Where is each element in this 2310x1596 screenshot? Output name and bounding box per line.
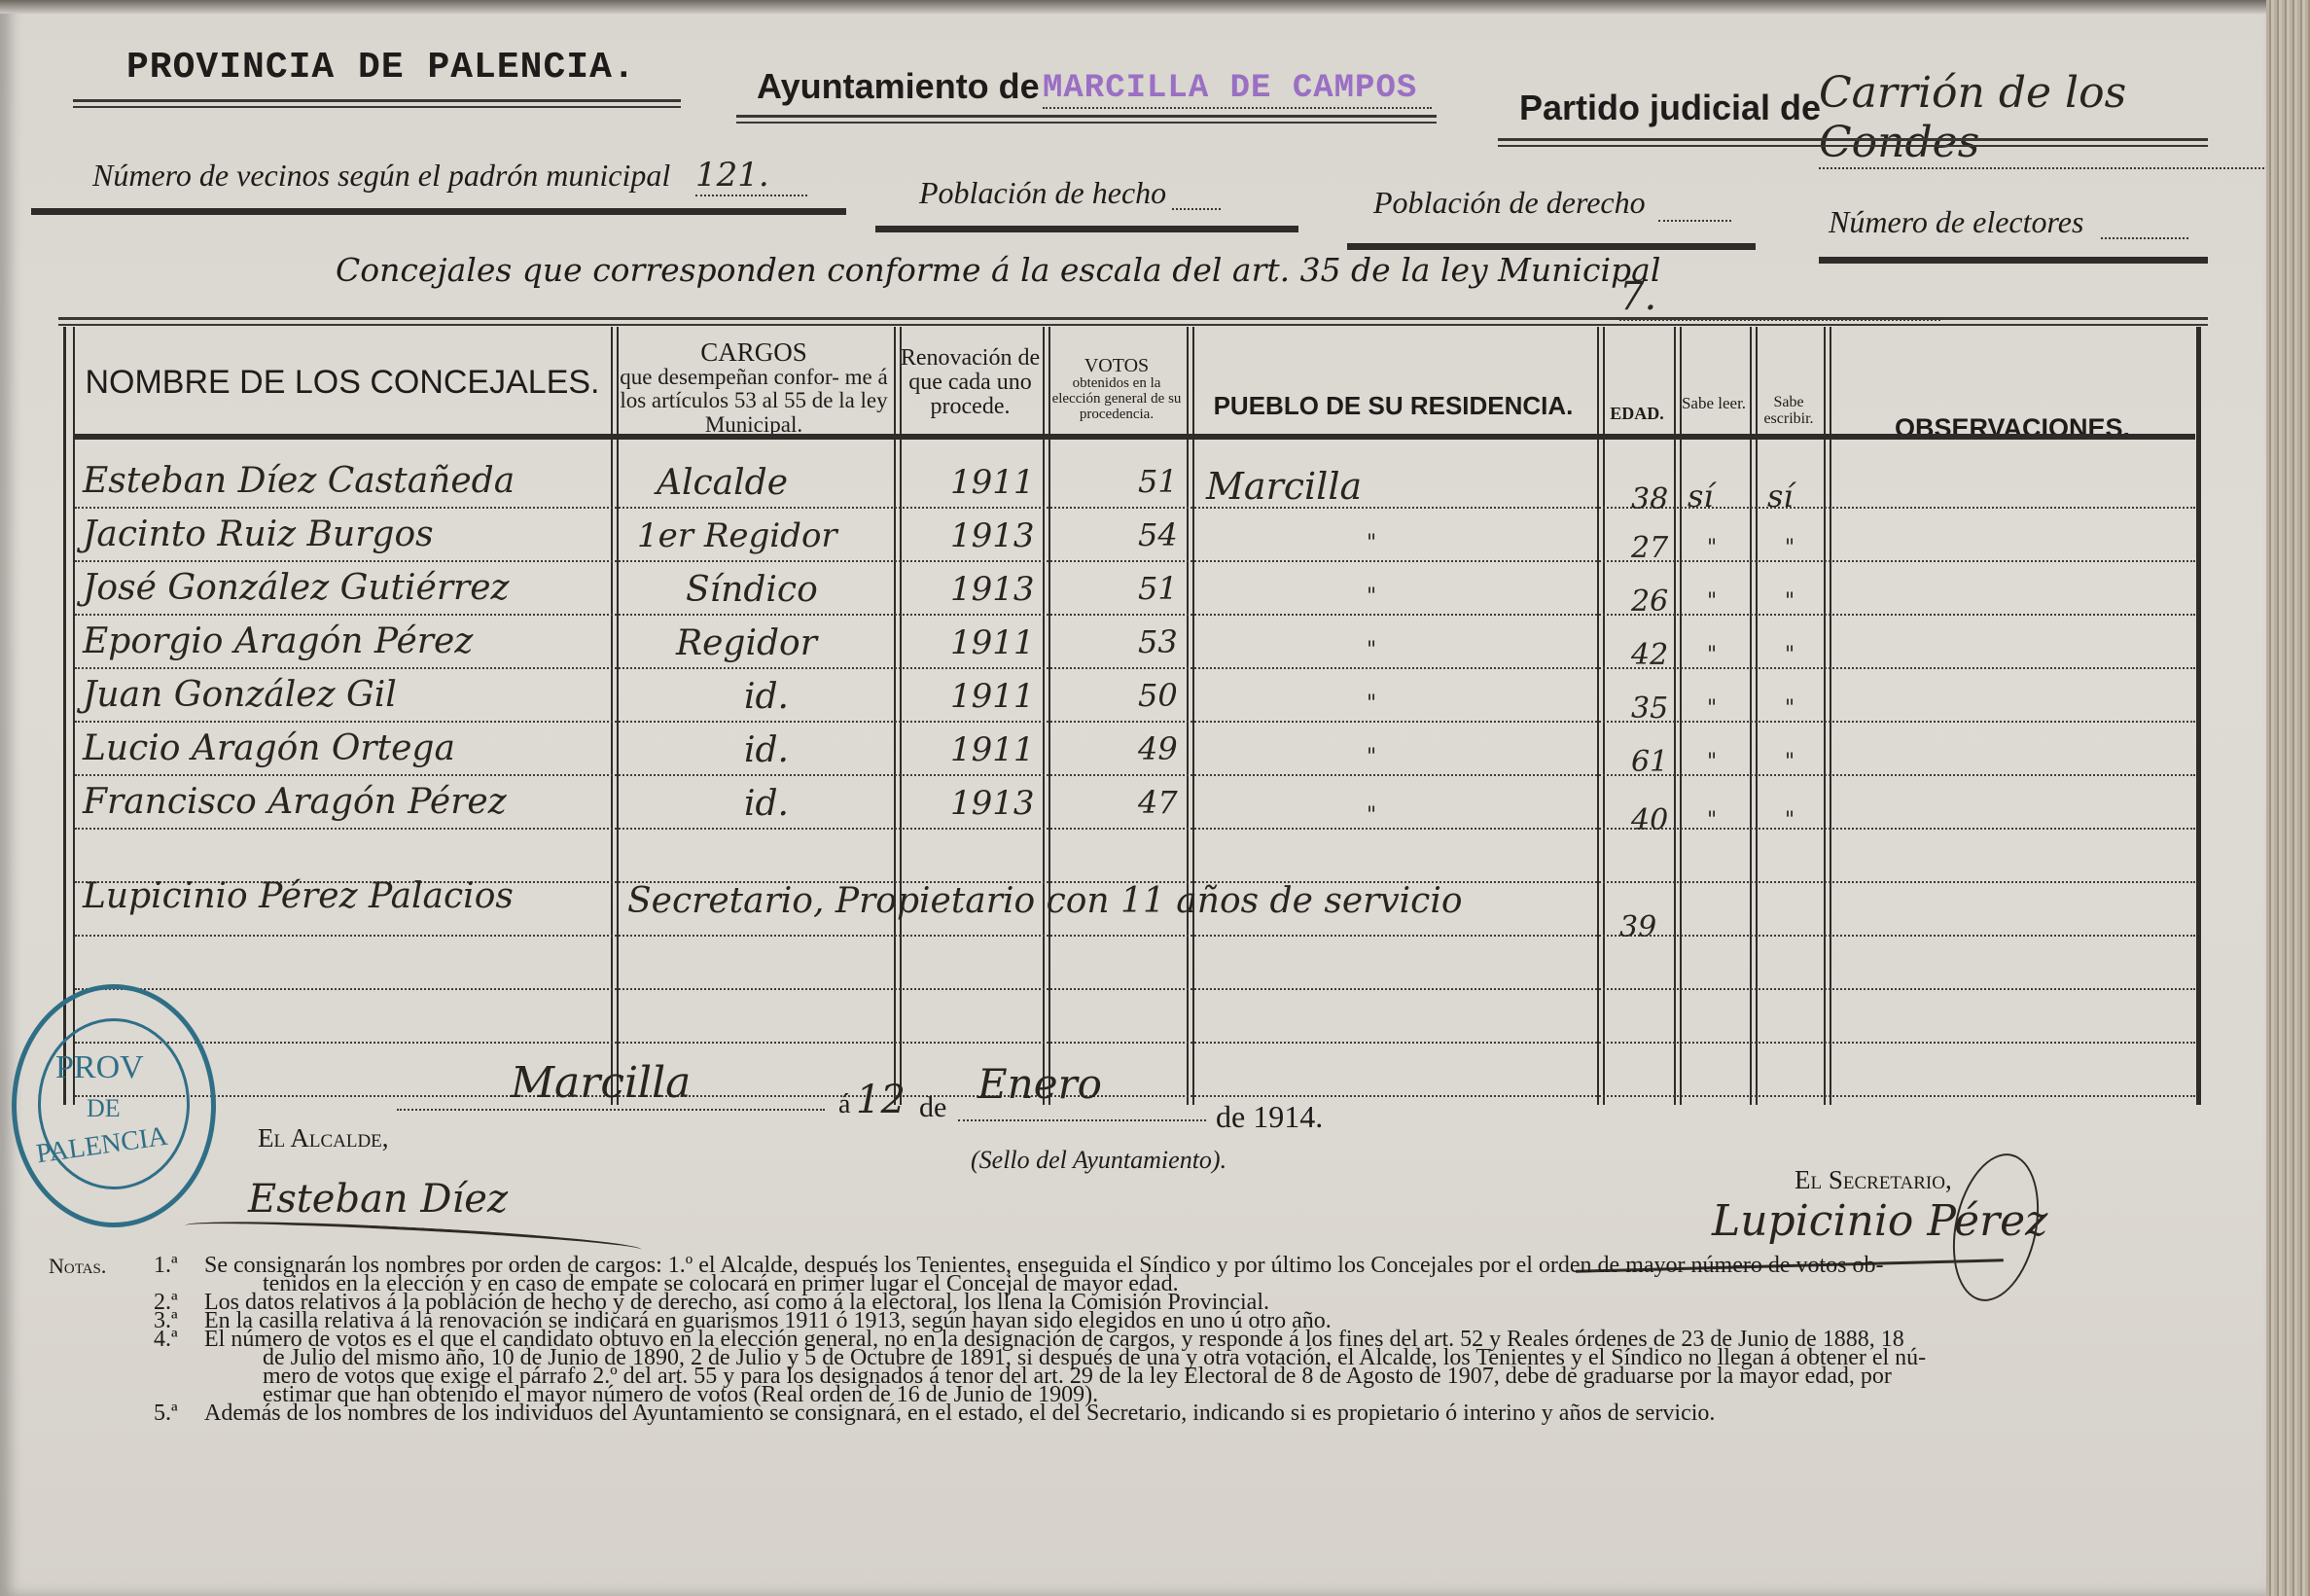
vecinos-label: Número de vecinos según el padrón munici…	[92, 158, 670, 194]
row-line	[75, 507, 2195, 509]
electores-rule	[1819, 257, 2208, 264]
cell-secretario-edad: 39	[1619, 910, 1656, 944]
cell-cargo: Alcalde	[657, 463, 788, 503]
cell-cargo: id.	[744, 784, 789, 824]
cell-leer: "	[1707, 808, 1717, 833]
table-left-border	[63, 327, 66, 1105]
book-page-edges	[2266, 0, 2310, 1596]
note-number: 4.ª	[154, 1330, 178, 1349]
cell-cargo: Síndico	[686, 570, 818, 610]
place-value: Marcilla	[511, 1058, 691, 1108]
notes-label: Notas.	[49, 1257, 106, 1275]
colhead-pueblo: PUEBLO DE SU RESIDENCIA.	[1191, 393, 1595, 419]
municipal-seal-stamp: PROV DE PALENCIA	[12, 984, 216, 1227]
date-year: de 1914.	[1216, 1099, 1323, 1135]
cell-leer: "	[1707, 643, 1717, 667]
ayuntamiento-rule	[736, 115, 1437, 124]
secretario-label: El Secretario,	[1795, 1165, 1952, 1195]
cell-nombre: Lucio Aragón Ortega	[83, 728, 455, 768]
colhead-cargos-title: CARGOS	[616, 338, 892, 366]
cell-renovacion: 1913	[950, 784, 1035, 823]
cell-cargo: 1er Regidor	[637, 516, 837, 555]
date-a: á	[838, 1089, 850, 1120]
cell-nombre: Eporgio Aragón Pérez	[83, 621, 473, 661]
ayuntamiento-label: Ayuntamiento de	[757, 66, 1040, 107]
cell-leer: "	[1707, 750, 1717, 774]
cell-leer: sí	[1688, 478, 1714, 514]
cell-escribir: "	[1785, 696, 1795, 721]
partido-rule	[1498, 138, 2208, 147]
cell-escribir: "	[1785, 536, 1795, 560]
row-line	[75, 935, 2195, 937]
colhead-escribir: Sabe escribir.	[1756, 395, 1822, 428]
table-right-border	[2196, 327, 2201, 1105]
colhead-renovacion: Renovación de que cada uno procede.	[900, 346, 1041, 420]
cell-nombre: Juan González Gil	[83, 675, 397, 715]
cell-pueblo: "	[1367, 803, 1376, 828]
row-line	[75, 1042, 2195, 1044]
cell-edad: 38	[1631, 482, 1668, 516]
province-rule	[73, 99, 681, 108]
poblacion-hecho-field	[1172, 195, 1221, 210]
poblacion-derecho-rule	[1347, 243, 1756, 250]
colhead-votos: VOTOS obtenidos en la elección general d…	[1048, 356, 1185, 422]
cell-pueblo: "	[1367, 585, 1376, 609]
seal-text-prov: PROV	[55, 1049, 144, 1086]
cell-secretario-nombre: Lupicinio Pérez Palacios	[83, 876, 514, 916]
note-number: 1.ª	[154, 1257, 178, 1275]
cell-edad: 42	[1631, 638, 1668, 672]
cell-cargo: id.	[744, 677, 789, 717]
alcalde-label: El Alcalde,	[258, 1123, 389, 1153]
row-line	[75, 667, 2195, 669]
cell-nombre: Francisco Aragón Pérez	[83, 782, 507, 822]
date-day: 12	[856, 1078, 906, 1122]
colhead-votos-subtitle: obtenidos en la elección general de su p…	[1048, 376, 1185, 422]
row-line	[75, 614, 2195, 616]
province-title: PROVINCIA DE PALENCIA.	[126, 47, 636, 89]
row-line	[75, 988, 2195, 990]
cell-nombre: Esteban Díez Castañeda	[83, 461, 515, 501]
cell-votos: 49	[1138, 730, 1178, 767]
seal-text-de: DE	[87, 1094, 121, 1123]
cell-renovacion: 1913	[950, 570, 1035, 609]
cell-votos: 51	[1138, 570, 1178, 607]
cell-escribir: "	[1785, 589, 1795, 614]
electores-field	[2101, 224, 2188, 239]
row-line	[75, 560, 2195, 562]
colhead-votos-title: VOTOS	[1048, 356, 1185, 376]
row-line	[75, 721, 2195, 723]
cell-votos: 54	[1138, 516, 1178, 553]
header-bottom-rule	[75, 434, 2195, 440]
cell-pueblo: Marcilla	[1206, 465, 1362, 508]
secretario-signature-loop	[1940, 1146, 2051, 1309]
cell-leer: "	[1707, 536, 1717, 560]
cell-nombre: Jacinto Ruiz Burgos	[83, 514, 434, 554]
cell-votos: 47	[1138, 784, 1178, 821]
cell-edad: 35	[1631, 692, 1668, 726]
cell-cargo: Regidor	[676, 623, 817, 663]
cell-cargo: id.	[744, 730, 789, 770]
cell-renovacion: 1911	[950, 463, 1035, 502]
cell-edad: 27	[1631, 531, 1668, 565]
cell-nombre: José González Gutiérrez	[83, 568, 510, 608]
poblacion-derecho-label: Población de derecho	[1373, 185, 1646, 221]
table-top-rule	[58, 317, 2208, 326]
cell-renovacion: 1913	[950, 516, 1035, 555]
vecinos-rule	[31, 208, 846, 215]
cell-pueblo: "	[1367, 692, 1376, 716]
alcalde-signature: Esteban Díez	[248, 1177, 508, 1222]
note-number: 5.ª	[154, 1404, 178, 1423]
cell-votos: 50	[1138, 677, 1178, 714]
sello-label: (Sello del Ayuntamiento).	[971, 1146, 1226, 1175]
vecinos-value: 121.	[695, 156, 807, 196]
electores-label: Número de electores	[1829, 204, 2083, 240]
concejales-label: Concejales que corresponden conforme á l…	[336, 251, 1660, 289]
cell-escribir: sí	[1767, 478, 1794, 514]
row-line	[75, 828, 2195, 830]
cell-edad: 40	[1631, 803, 1668, 837]
concejales-table: NOMBRE DE LOS CONCEJALES. CARGOS que des…	[63, 327, 2203, 1105]
cell-leer: "	[1707, 696, 1717, 721]
cell-edad: 61	[1631, 745, 1668, 779]
cell-edad: 26	[1631, 585, 1668, 619]
colhead-cargos: CARGOS que desempeñan confor- me á los a…	[616, 338, 892, 437]
colhead-cargos-subtitle: que desempeñan confor- me á los artículo…	[616, 366, 892, 436]
cell-escribir: "	[1785, 643, 1795, 667]
document-page: PROVINCIA DE PALENCIA. Ayuntamiento de M…	[0, 0, 2266, 1596]
cell-renovacion: 1911	[950, 623, 1035, 662]
cell-renovacion: 1911	[950, 677, 1035, 716]
note-line: Además de los nombres de los individuos …	[204, 1404, 1715, 1423]
poblacion-hecho-label: Población de hecho	[919, 175, 1166, 211]
cell-votos: 53	[1138, 623, 1178, 660]
colhead-edad: EDAD.	[1602, 405, 1672, 423]
partido-label: Partido judicial de	[1519, 88, 1821, 128]
poblacion-hecho-rule	[875, 226, 1298, 232]
cell-votos: 51	[1138, 463, 1178, 500]
poblacion-derecho-field	[1658, 206, 1731, 222]
cell-escribir: "	[1785, 750, 1795, 774]
cell-renovacion: 1911	[950, 730, 1035, 769]
cell-pueblo: "	[1367, 638, 1376, 662]
concejales-value: 7.	[1619, 274, 1940, 321]
cell-pueblo: "	[1367, 531, 1376, 555]
date-de: de	[919, 1091, 946, 1124]
colhead-leer: Sabe leer.	[1680, 395, 1748, 412]
cell-leer: "	[1707, 589, 1717, 614]
cell-secretario-text: Secretario, Propietario con 11 años de s…	[627, 881, 1463, 921]
row-line	[75, 774, 2195, 776]
colhead-nombre: NOMBRE DE LOS CONCEJALES.	[75, 366, 610, 401]
cell-escribir: "	[1785, 808, 1795, 833]
cell-pueblo: "	[1367, 745, 1376, 769]
page-top-shadow	[0, 0, 2266, 14]
partido-value: Carrión de los Condes	[1819, 68, 2276, 169]
date-month: Enero	[977, 1060, 1102, 1108]
ayuntamiento-stamp: MARCILLA DE CAMPOS	[1043, 70, 1432, 109]
